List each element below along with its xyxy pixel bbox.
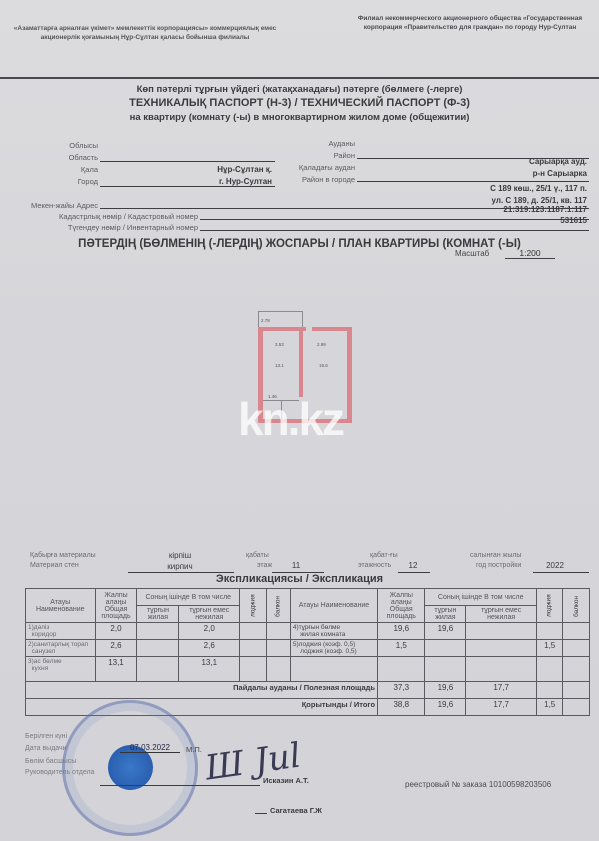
head-label-kz: Бөлім басшысы — [25, 758, 76, 765]
useful-area-label: Пайдалы ауданы / Полезная площадь — [26, 682, 378, 699]
table-row: 2)санитарлық торап санузел 2,6 2,6 5)лод… — [26, 640, 590, 657]
kitchen-area: 13.1 — [275, 363, 284, 368]
row-balcony — [266, 657, 290, 682]
table-row: 1)дәліз коридор 2,0 2,0 4)тұрғын бөлме ж… — [26, 623, 590, 640]
head-signature-line — [100, 785, 260, 786]
row-name-ru: санузел — [32, 648, 56, 655]
document-title: ТЕХНИКАЛЫҚ ПАСПОРТ (Н-3) / ТЕХНИЧЕСКИЙ П… — [0, 97, 599, 109]
useful-living: 19,6 — [425, 682, 466, 699]
col-loggia-2: лоджия — [536, 589, 562, 623]
row-loggia — [536, 623, 562, 640]
region-line — [100, 161, 275, 162]
city-district-line — [357, 181, 589, 182]
useful-area-row: Пайдалы ауданы / Полезная площадь 37,3 1… — [26, 682, 590, 699]
row-total: 1,5 — [378, 640, 425, 657]
row-name-ru: коридор — [32, 631, 57, 638]
row-total: 2,0 — [95, 623, 137, 640]
dim-kitchen-width: 3.53 — [275, 342, 284, 347]
left-organization-header: «Азаматтарға арналған үкімет» мемлекетті… — [10, 24, 280, 42]
table-row: 3)ас бөлме кухня 13,1 13,1 — [26, 657, 590, 682]
year-label-kz: салынған жылы — [470, 552, 521, 559]
district-label-kz: Ауданы — [300, 139, 355, 148]
scale-label: Масштаб — [455, 249, 489, 258]
cadastral-label: Кадастрлық нөмір / Кадастровый номер — [20, 212, 198, 221]
wall-material-label-kz: Қабырға материалы — [30, 552, 96, 559]
row-nonliving — [466, 640, 537, 657]
row-living: 19,6 — [425, 623, 466, 640]
row-living — [137, 640, 179, 657]
row-name-kz: 5)лоджия (коэф. 0,5) — [293, 641, 355, 648]
dim-loggia: 2.78 — [261, 318, 270, 323]
district-label-ru: Район — [300, 151, 355, 160]
row-loggia — [240, 657, 266, 682]
region-label-ru: Область — [40, 153, 98, 162]
title-ru: на квартиру (комнату (-ы) в многоквартир… — [0, 112, 599, 123]
header-divider — [0, 77, 599, 79]
col-total-2: Жалпы алаңы Общая площадь — [378, 589, 425, 623]
title-kz: Көп пәтерлі тұрғын үйдегі (жатақханадағы… — [0, 84, 599, 95]
row-name-ru: кухня — [32, 665, 49, 672]
row-living — [137, 657, 179, 682]
total-nonliving: 17,7 — [466, 699, 537, 716]
total-loggia: 1,5 — [536, 699, 562, 716]
row-balcony — [563, 640, 590, 657]
floors-label-ru: этажность — [358, 562, 391, 569]
city-value-kz: Нұр-Сұлтан қ. — [150, 165, 272, 174]
issued-date: 07.03.2022 — [120, 743, 180, 753]
row-total: 2,6 — [95, 640, 137, 657]
col-loggia: лоджия — [240, 589, 266, 623]
city-line — [100, 186, 275, 187]
col-balcony: балкон — [266, 589, 290, 623]
col-nonliving-2: тұрғын емес нежилая — [466, 606, 537, 623]
row-total: 19,6 — [378, 623, 425, 640]
row-nonliving: 13,1 — [179, 657, 240, 682]
row-nonliving: 2,0 — [179, 623, 240, 640]
row-name-ru: лоджия (коэф. 0,5) — [300, 648, 357, 655]
col-living: тұрғын жилая — [137, 606, 179, 623]
room-area: 19.6 — [319, 363, 328, 368]
col-name-2: Атауы Наименование — [290, 589, 377, 623]
scale-value: 1:200 — [505, 248, 555, 259]
useful-balcony — [563, 682, 590, 699]
issued-label-kz: Берілген күні — [25, 733, 67, 740]
city-district-value-ru: р-н Сарыарка — [440, 169, 587, 178]
address-label: Мекен-жайы Адрес — [15, 201, 98, 210]
row-loggia: 1,5 — [536, 640, 562, 657]
row-name-ru: жилая комната — [300, 631, 345, 638]
inventory-line — [200, 230, 589, 231]
col-total: Жалпы алаңы Общая площадь — [95, 589, 137, 623]
city-district-label-kz: Қаладағы аудан — [285, 163, 355, 172]
useful-loggia — [536, 682, 562, 699]
city-value-ru: г. Нур-Султан — [150, 177, 272, 186]
year-value: 2022 — [535, 561, 575, 570]
city-label-kz: Қала — [40, 165, 98, 174]
col-balcony-2: балкон — [563, 589, 590, 623]
city-district-value-kz: Сарыарқа ауд. — [440, 157, 587, 166]
exec-name: Сагатаева Г.Ж — [270, 806, 322, 815]
address-value-kz: С 189 көш., 25/1 ү., 117 п. — [400, 184, 587, 193]
inventory-value: 531615 — [400, 216, 587, 225]
explication-title: Экспликациясы / Экспликация — [0, 573, 599, 585]
row-nonliving — [466, 623, 537, 640]
col-nonliving: тұрғын емес нежилая — [179, 606, 240, 623]
useful-total: 37,3 — [378, 682, 425, 699]
head-label-ru: Руководитель отдела — [25, 769, 94, 776]
row-balcony — [563, 623, 590, 640]
useful-nonliving: 17,7 — [466, 682, 537, 699]
row-balcony — [266, 640, 290, 657]
issued-label-ru: Дата выдачи — [25, 745, 67, 752]
address-value-ru: ул. С 189, д. 25/1, кв. 117 — [400, 196, 587, 205]
wall-material-value-kz: кірпіш — [130, 551, 230, 560]
floor-label-ru: этаж — [257, 562, 272, 569]
head-name: Исказин А.Т. — [263, 776, 309, 785]
col-name: Атауы Наименование — [26, 589, 96, 623]
floor-value: 11 — [272, 561, 320, 570]
total-total: 38,8 — [378, 699, 425, 716]
col-incl-2: Соның ішінде В том числе — [425, 589, 536, 606]
city-label-ru: Город — [40, 177, 98, 186]
row-living — [425, 640, 466, 657]
floors-value: 12 — [398, 561, 428, 570]
row-name-kz: 1)дәліз — [28, 624, 49, 631]
row-name-kz: 2)санитарлық торап — [28, 641, 88, 648]
row-name-kz: 3)ас бөлме — [28, 658, 62, 665]
kn-kz-watermark: kn.kz — [238, 392, 343, 446]
registry-number: реестровый № заказа 10100598203506 — [405, 780, 551, 789]
row-total: 13,1 — [95, 657, 137, 682]
total-balcony — [563, 699, 590, 716]
wall-material-value-ru: кирпич — [130, 562, 230, 571]
wall-material-label-ru: Материал стен — [30, 562, 79, 569]
row-balcony — [266, 623, 290, 640]
mp-label: М.П. — [186, 745, 202, 754]
right-organization-header: Филиал некоммерческого акционерного обще… — [355, 14, 585, 32]
floor-label-kz: қабаты — [246, 552, 269, 559]
year-label-ru: год постройки — [476, 562, 521, 569]
col-incl: Соның ішінде В том числе — [137, 589, 240, 606]
row-name-kz: 4)тұрғын бөлме — [293, 624, 340, 631]
floors-label-kz: қабат-ғы — [370, 552, 398, 559]
row-living — [137, 623, 179, 640]
explication-table: Атауы Наименование Жалпы алаңы Общая пло… — [25, 588, 590, 716]
city-district-label-ru: Район в городе — [285, 175, 355, 184]
total-living: 19,6 — [425, 699, 466, 716]
dim-room-width: 2.99 — [317, 342, 326, 347]
cadastral-value: 21:319:123:1187:1:117 — [400, 205, 587, 214]
inventory-label: Түгендеу нөмір / Инвентарный номер — [20, 223, 198, 232]
region-label-kz: Облысы — [40, 141, 98, 150]
row-loggia — [240, 623, 266, 640]
exec-signature-line — [255, 813, 267, 814]
total-label: Қорытынды / Итого — [26, 699, 378, 716]
row-nonliving: 2,6 — [179, 640, 240, 657]
row-loggia — [240, 640, 266, 657]
col-living-2: тұрғын жилая — [425, 606, 466, 623]
